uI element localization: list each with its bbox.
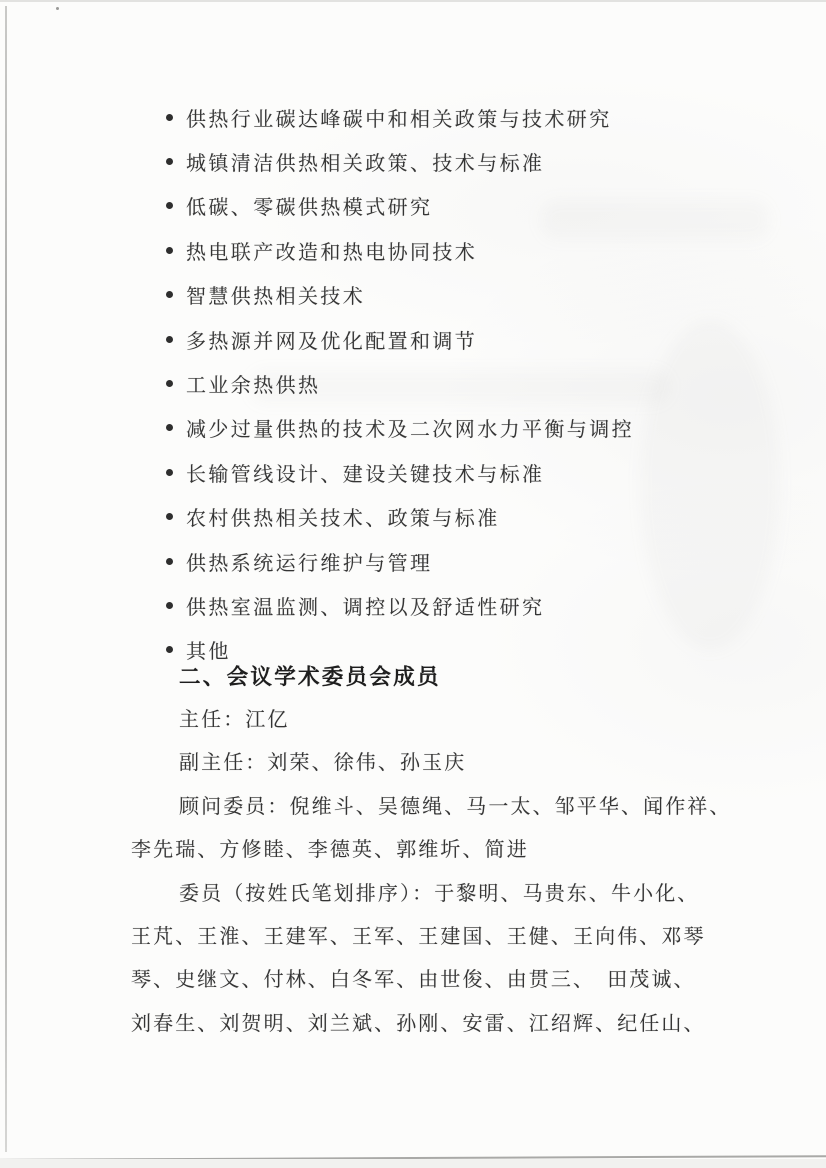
topic-text: 供热系统运行维护与管理: [186, 547, 432, 576]
bullet-icon: [166, 158, 173, 165]
committee-line-members-cont: 琴、史继文、付林、白冬军、由世俊、由贯三、 田茂诚、: [131, 959, 731, 1002]
topic-text: 供热行业碳达峰碳中和相关政策与技术研究: [186, 103, 612, 132]
topic-item: 供热系统运行维护与管理: [166, 539, 634, 583]
bullet-icon: [166, 247, 173, 254]
topic-item: 城镇清洁供热相关政策、技术与标准: [166, 139, 634, 183]
bullet-icon: [166, 513, 173, 520]
topic-item: 减少过量供热的技术及二次网水力平衡与调控: [166, 406, 634, 450]
topic-item: 多热源并网及优化配置和调节: [166, 317, 634, 361]
topic-item: 智慧供热相关技术: [166, 273, 634, 317]
topic-list: 供热行业碳达峰碳中和相关政策与技术研究 城镇清洁供热相关政策、技术与标准 低碳、…: [166, 95, 634, 672]
bullet-icon: [166, 291, 173, 298]
topic-item: 热电联产改造和热电协同技术: [166, 228, 634, 272]
scan-bleedthrough-blob: [640, 320, 780, 650]
scan-speck: [56, 7, 59, 10]
topic-text: 热电联产改造和热电协同技术: [186, 236, 477, 265]
committee-paragraph: 主任：江亿 副主任：刘荣、徐伟、孙玉庆 顾问委员：倪维斗、吴德绳、马一太、邹平华…: [131, 699, 731, 1046]
committee-line-advisors: 顾问委员：倪维斗、吴德绳、马一太、邹平华、闻作祥、: [131, 786, 731, 829]
topic-text: 农村供热相关技术、政策与标准: [186, 502, 500, 531]
topic-item: 低碳、零碳供热模式研究: [166, 184, 634, 228]
bullet-icon: [166, 380, 173, 387]
topic-text: 长输管线设计、建设关键技术与标准: [186, 458, 544, 487]
topic-text: 供热室温监测、调控以及舒适性研究: [186, 591, 544, 620]
topic-text: 工业余热供热: [186, 369, 320, 398]
topic-text: 智慧供热相关技术: [186, 280, 365, 309]
topic-text: 多热源并网及优化配置和调节: [186, 325, 477, 354]
committee-line-members: 委员（按姓氏笔划排序）：于黎明、马贵东、牛小化、: [131, 873, 731, 916]
topic-item: 供热行业碳达峰碳中和相关政策与技术研究: [166, 95, 634, 139]
section-heading: 二、会议学术委员会成员: [179, 660, 441, 691]
bullet-icon: [166, 424, 173, 431]
topic-item: 长输管线设计、建设关键技术与标准: [166, 450, 634, 494]
bullet-icon: [166, 646, 173, 653]
committee-line-advisors-cont: 李先瑞、方修睦、李德英、郭维圻、简进: [131, 829, 731, 872]
page-bottom-shade: [0, 1159, 826, 1168]
topic-text: 城镇清洁供热相关政策、技术与标准: [186, 147, 544, 176]
scanned-document-page: 供热行业碳达峰碳中和相关政策与技术研究 城镇清洁供热相关政策、技术与标准 低碳、…: [0, 0, 826, 1168]
committee-line-deputy-directors: 副主任：刘荣、徐伟、孙玉庆: [131, 742, 731, 785]
bullet-icon: [166, 202, 173, 209]
topic-text: 低碳、零碳供热模式研究: [186, 191, 432, 220]
topic-text: 减少过量供热的技术及二次网水力平衡与调控: [186, 413, 634, 442]
committee-line-director: 主任：江亿: [131, 699, 731, 742]
bullet-icon: [166, 114, 173, 121]
committee-line-members-cont: 刘春生、刘贺明、刘兰斌、孙刚、安雷、江绍辉、纪任山、: [131, 1003, 731, 1046]
bullet-icon: [166, 336, 173, 343]
page-top-edge: [0, 0, 826, 2]
topic-item: 农村供热相关技术、政策与标准: [166, 495, 634, 539]
committee-line-members-cont: 王芃、王淮、王建军、王军、王建国、王健、王向伟、邓琴: [131, 916, 731, 959]
page-left-edge: [5, 6, 7, 1152]
topic-item: 工业余热供热: [166, 361, 634, 405]
topic-item: 供热室温监测、调控以及舒适性研究: [166, 583, 634, 627]
bullet-icon: [166, 469, 173, 476]
bullet-icon: [166, 602, 173, 609]
bullet-icon: [166, 558, 173, 565]
